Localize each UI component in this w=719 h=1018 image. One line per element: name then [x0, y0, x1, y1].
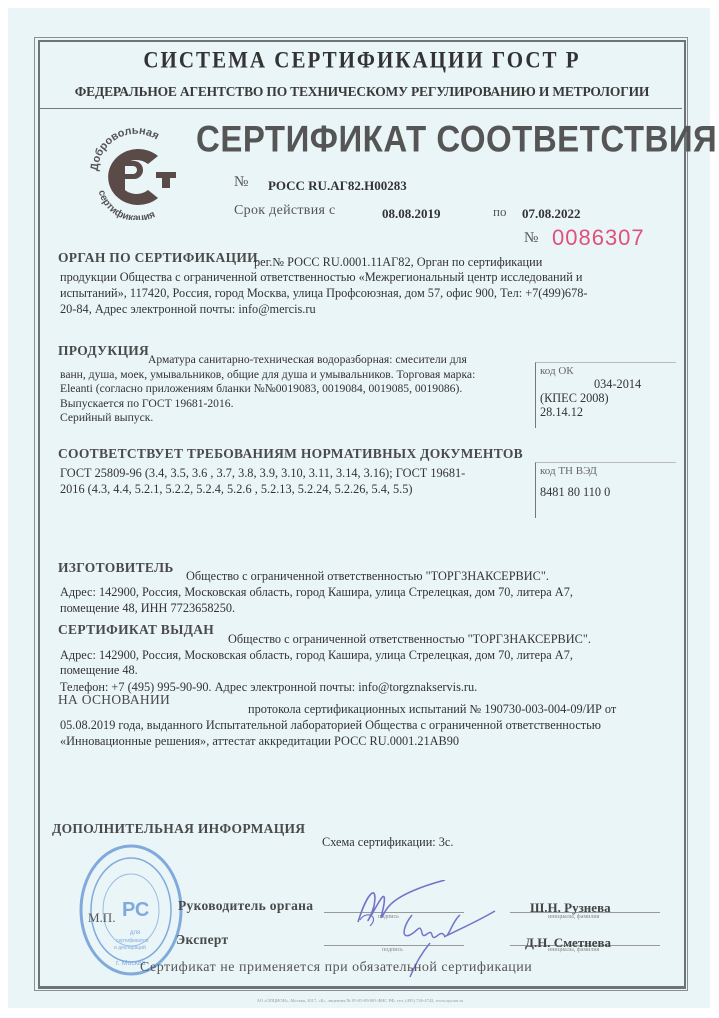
- certification-body-line: продукции Общества с ограниченной ответс…: [60, 270, 582, 286]
- certification-body-line: рег.№ РОСС RU.0001.11АГ82, Орган по серт…: [254, 255, 542, 271]
- basis-line: «Инновационные решения», аттестат аккред…: [60, 734, 459, 750]
- validity-label: Срок действия с: [234, 203, 336, 219]
- certification-scheme: Схема сертификации: 3с.: [322, 835, 453, 851]
- issued-to-heading: СЕРТИФИКАТ ВЫДАН: [58, 622, 214, 638]
- product-line: Eleanti (согласно приложениям бланки №№0…: [60, 381, 462, 397]
- stamp-place-label: М.П.: [88, 910, 115, 926]
- certificate-title: СЕРТИФИКАТ СООТВЕТСТВИЯ: [196, 118, 717, 161]
- head-name-caption: инициалы, фамилия: [548, 914, 599, 920]
- issued-to-line: помещение 48.: [60, 663, 138, 679]
- product-line: Арматура санитарно-техническая водоразбо…: [148, 352, 467, 368]
- manufacturer-line: Адрес: 142900, Россия, Московская област…: [60, 585, 573, 601]
- certification-body-heading: ОРГАН ПО СЕРТИФИКАЦИИ: [58, 250, 258, 266]
- expert-name-caption: инициалы, фамилия: [548, 947, 599, 953]
- system-title: СИСТЕМА СЕРТИФИКАЦИИ ГОСТ Р: [40, 47, 684, 75]
- product-line: Серийный выпуск.: [60, 410, 153, 426]
- basis-line: 05.08.2019 года, выданного Испытательной…: [60, 718, 601, 734]
- head-of-body-label: Руководитель органа: [178, 898, 313, 914]
- product-heading: ПРОДУКЦИЯ: [58, 343, 149, 359]
- serial-number-label: №: [524, 230, 538, 247]
- rst-voluntary-certification-logo-icon: Добровольная сертификация: [84, 128, 188, 220]
- footer-note: Сертификат не применяется при обязательн…: [140, 960, 532, 976]
- certification-body-line: испытаний», 117420, Россия, город Москва…: [60, 286, 587, 302]
- valid-from-date: 08.08.2019: [382, 206, 441, 222]
- basis-line: протокола сертификационных испытаний № 1…: [248, 702, 616, 718]
- svg-text:сертификатов: сертификатов: [116, 938, 149, 944]
- manufacturer-heading: ИЗГОТОВИТЕЛЬ: [58, 560, 174, 576]
- svg-text:и деклараций: и деклараций: [114, 944, 146, 951]
- compliance-line: 2016 (4.3, 4.4, 5.2.1, 5.2.2, 5.2.4, 5.2…: [60, 482, 413, 498]
- agency-name: ФЕДЕРАЛЬНОЕ АГЕНТСТВО ПО ТЕХНИЧЕСКОМУ РЕ…: [40, 84, 684, 100]
- valid-to-date: 07.08.2022: [522, 206, 581, 222]
- issued-to-line: Общество с ограниченной ответственностью…: [228, 632, 591, 648]
- certification-body-line: 20-84, Адрес электронной почты: info@mer…: [60, 302, 316, 318]
- serial-number: 0086307: [552, 225, 645, 251]
- issued-to-line: Адрес: 142900, Россия, Московская област…: [60, 648, 573, 664]
- compliance-heading: СООТВЕТСТВУЕТ ТРЕБОВАНИЯМ НОРМАТИВНЫХ ДО…: [58, 446, 523, 462]
- header-divider: [40, 108, 682, 109]
- tn-ved-code-label: код ТН ВЭД: [540, 465, 597, 477]
- svg-text:для: для: [130, 930, 140, 936]
- expert-label: Эксперт: [176, 932, 228, 948]
- tn-ved-code-value: 8481 80 110 0: [540, 485, 610, 501]
- basis-heading: НА ОСНОВАНИИ: [58, 692, 170, 708]
- okpd-code-number: 28.14.12: [540, 405, 583, 421]
- certificate-number: РОСС RU.АГ82.Н00283: [268, 178, 407, 194]
- certificate-number-label: №: [234, 174, 248, 191]
- additional-info-heading: ДОПОЛНИТЕЛЬНАЯ ИНФОРМАЦИЯ: [52, 821, 305, 837]
- manufacturer-line: помещение 48, ИНН 7723658250.: [60, 601, 235, 617]
- okpd-code-label: код ОК: [540, 365, 574, 377]
- okpd-code-box: код ОК 034-2014 (КПЕС 2008) 28.14.12: [535, 362, 676, 428]
- manufacturer-line: Общество с ограниченной ответственностью…: [186, 569, 549, 585]
- print-line: АО «ОПЦИОН», Москва, 2017, «Б», лицензия…: [210, 998, 510, 1003]
- svg-text:РС: РС: [122, 899, 149, 921]
- valid-to-label: по: [493, 204, 506, 220]
- compliance-line: ГОСТ 25809-96 (3.4, 3.5, 3.6 , 3.7, 3.8,…: [60, 466, 465, 482]
- tn-ved-code-box: код ТН ВЭД 8481 80 110 0: [535, 462, 676, 518]
